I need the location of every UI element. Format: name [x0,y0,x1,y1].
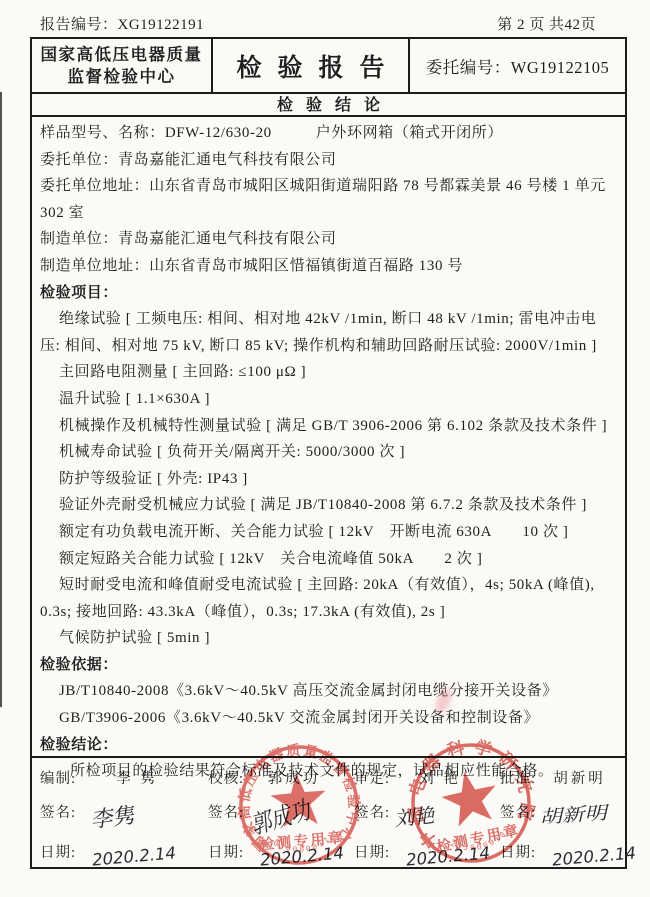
field-label: 委托单位地址： [40,178,149,194]
handwritten-date: 2020.2.14 [551,843,636,869]
consignment-number-label: 委托编号： [426,58,511,77]
field-value: 青岛嘉能汇通电气科技有限公司 [118,152,336,168]
signoff-col-prepared: 编制:李 隽 签名:李隽 日期:2020.2.14 [32,758,200,867]
inspection-item: 防护等级验证 [ 外壳: IP43 ] [40,466,616,493]
field-consignor: 委托单位：青岛嘉能汇通电气科技有限公司 [40,147,616,174]
report-header-row: 国家高低压电器质量 监督检验中心 检验报告 委托编号：WG19122105 [32,39,625,94]
inspection-item: 额定短路关合能力试验 [ 12kV 关合电流峰值 50kA 2 次 ] [40,546,616,573]
page-indicator: 第 2 页 共42页 [497,13,596,34]
handwritten-signature: 李隽 [88,798,135,834]
inspection-item: 气候防护试验 [ 5min ] [40,625,616,652]
section-title-inspection-conclusion: 检验结论 [32,94,625,117]
top-bar: 报告编号：XG19122191 第 2 页 共42页 [40,13,602,34]
report-number-value: XG19122191 [118,17,205,33]
seal-star-icon [269,771,329,828]
org-name-line2: 监督检验中心 [68,66,176,88]
role-name: 胡新明 [536,767,623,788]
basis-heading: 检验依据： [40,652,616,679]
inspection-item: 绝缘试验 [ 工频电压: 相间、相对地 42kV /1min, 断口 48 kV… [40,306,616,359]
basis-item: JB/T10840-2008《3.6kV～40.5kV 高压交流金属封闭电缆分接… [40,678,616,705]
role-label: 编制: [40,767,76,788]
inspection-item: 短时耐受电流和峰值耐受电流试验 [ 主回路: 20kA（有效值），4s; 50k… [40,572,616,625]
sample-row: 样品型号、名称：DFW-12/630-20户外环网箱（箱式开闭所） [40,120,616,147]
seal-star-icon [437,766,502,829]
inspection-item: 温升试验 [ 1.1×630A ] [40,386,616,413]
report-number: 报告编号：XG19122191 [40,13,204,34]
inspection-item: 机械寿命试验 [ 负荷开关/隔离开关: 5000/3000 次 ] [40,439,616,466]
field-value: 青岛嘉能汇通电气科技有限公司 [118,231,336,247]
issuing-org-cell: 国家高低压电器质量 监督检验中心 [32,39,213,92]
document-title: 检验报告 [213,39,410,92]
report-table: 国家高低压电器质量 监督检验中心 检验报告 委托编号：WG19122105 检验… [30,37,627,758]
field-manufacturer-address: 制造单位地址：山东省青岛市城阳区惜福镇街道百福路 130 号 [40,253,616,280]
inspection-item: 验证外壳耐受机械应力试验 [ 满足 JB/T10840-2008 第 6.7.2… [40,492,616,519]
inspection-item: 额定有功负载电流开断、关合能力试验 [ 12kV 开断电流 630A 10 次 … [40,519,616,546]
field-label: 制造单位： [40,231,118,247]
date-label: 日期: [40,841,76,862]
field-label: 制造单位地址： [40,258,149,274]
official-seal-left: 国家高低压电器质量监督检验中心 检测专用章 050000011 [218,724,381,887]
report-body: 样品型号、名称：DFW-12/630-20户外环网箱（箱式开闭所） 委托单位：青… [32,117,625,785]
field-value: 山东省青岛市城阳区惜福镇街道百福路 130 号 [149,258,463,274]
field-label: 委托单位： [40,152,118,168]
signature-label: 签名: [40,801,76,822]
scan-edge-artifact [0,92,2,707]
consignment-number: 委托编号：WG19122105 [426,54,610,78]
consignment-number-value: WG19122105 [511,58,610,77]
sample-label: 样品型号、名称： [40,125,165,141]
inspection-item: 机械操作及机械特性测量试验 [ 满足 GB/T 3906-2006 第 6.10… [40,413,616,440]
field-consignor-address: 委托单位地址：山东省青岛市城阳区城阳街道瑞阳路 78 号都霖美景 46 号楼 1… [40,173,616,226]
handwritten-date: 2020.2.14 [91,843,176,869]
consignment-number-cell: 委托编号：WG19122105 [410,39,625,92]
inspection-item: 主回路电阻测量 [ 主回路: ≤100 μΩ ] [40,359,616,386]
sample-model: DFW-12/630-20 [165,125,272,141]
field-manufacturer: 制造单位：青岛嘉能汇通电气科技有限公司 [40,226,616,253]
inspection-report-page: 报告编号：XG19122191 第 2 页 共42页 国家高低压电器质量 监督检… [0,0,650,897]
sample-name: 户外环网箱（箱式开闭所） [316,125,503,141]
report-number-label: 报告编号： [40,17,118,33]
org-name-line1: 国家高低压电器质量 [41,44,203,66]
inspection-items-heading: 检验项目： [40,280,616,307]
official-seal-right: 中国电器科学研究院 检测专用章 205000010 [382,714,560,892]
role-name: 李 隽 [76,767,198,788]
